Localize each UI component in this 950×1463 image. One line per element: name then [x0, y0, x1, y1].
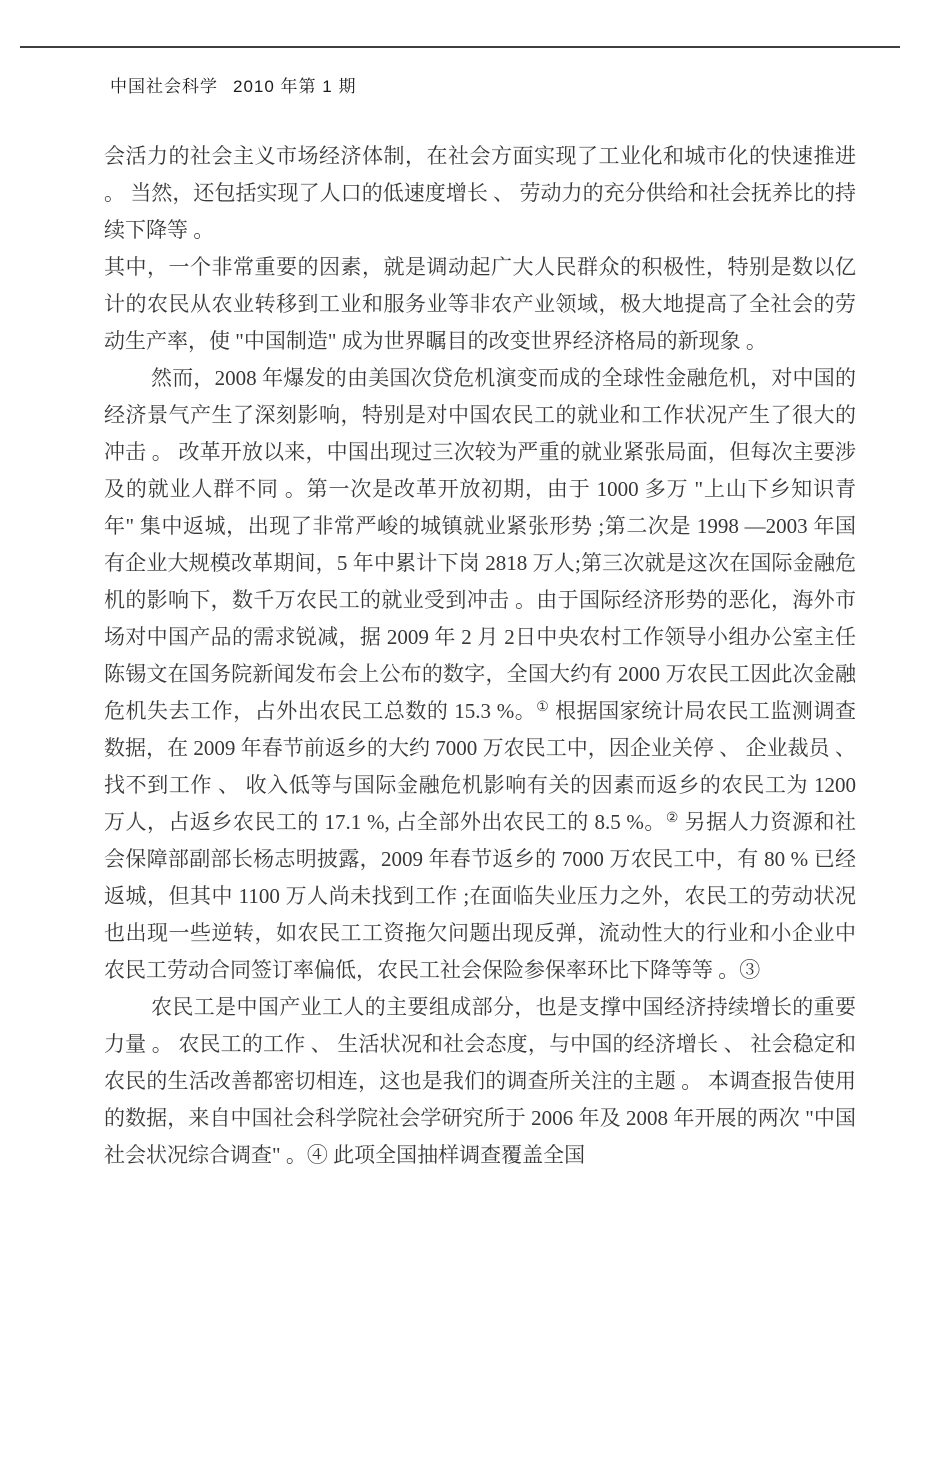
- paragraph: 然而，2008 年爆发的由美国次贷危机演变而成的全球性金融危机，对中国的经济景气…: [104, 360, 856, 989]
- paragraph-text: 会活力的社会主义市场经济体制，在社会方面实现了工业化和城市化的快速推进 。 当然…: [104, 144, 856, 242]
- paragraph: 其中，一个非常重要的因素，就是调动起广大人民群众的积极性，特别是数以亿计的农民从…: [104, 249, 856, 360]
- footnote-marker: ①: [536, 700, 549, 715]
- journal-title: 中国社会科学: [110, 77, 218, 96]
- article-body: 会活力的社会主义市场经济体制，在社会方面实现了工业化和城市化的快速推进 。 当然…: [104, 138, 856, 1174]
- paragraph-text: 农民工是中国产业工人的主要组成部分，也是支撑中国经济持续增长的重要力量 。 农民…: [104, 995, 856, 1167]
- paragraph-text: 其中，一个非常重要的因素，就是调动起广大人民群众的积极性，特别是数以亿计的农民从…: [104, 255, 856, 353]
- paragraph-text: 另据人力资源和社会保障部副部长杨志明披露，2009 年春节返乡的 7000 万农…: [104, 810, 856, 982]
- paragraph-text: 然而，2008 年爆发的由美国次贷危机演变而成的全球性金融危机，对中国的经济景气…: [104, 366, 856, 723]
- header-rule: [20, 46, 900, 48]
- paragraph: 会活力的社会主义市场经济体制，在社会方面实现了工业化和城市化的快速推进 。 当然…: [104, 138, 856, 249]
- footnote-marker: ②: [666, 811, 679, 826]
- paragraph: 农民工是中国产业工人的主要组成部分，也是支撑中国经济持续增长的重要力量 。 农民…: [104, 989, 856, 1174]
- journal-header: 中国社会科学2010 年第 1 期: [110, 72, 356, 97]
- document-page: 中国社会科学2010 年第 1 期 会活力的社会主义市场经济体制，在社会方面实现…: [0, 0, 950, 1463]
- issue-label: 2010 年第 1 期: [233, 77, 356, 96]
